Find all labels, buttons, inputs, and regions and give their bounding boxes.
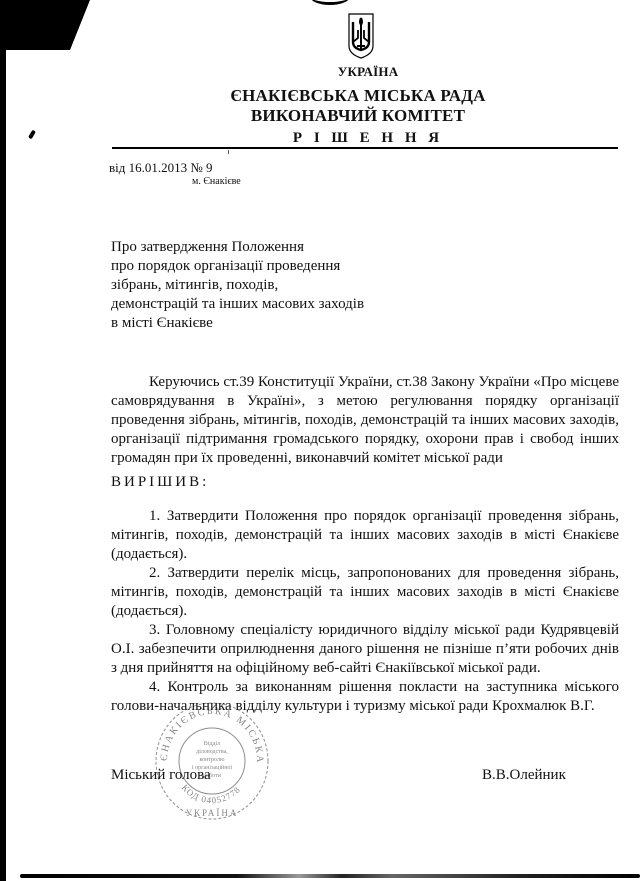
title-line: Про затвердження Положення [111,238,364,257]
resolution-item: 3. Головному спеціалісту юридичного відд… [111,621,619,678]
council-heading: ЄНАКІЄВСЬКА МІСЬКА РАДА [38,86,640,106]
official-stamp-icon: ЄНАКІЄВСЬКА МІСЬКА РАДА ДОНЕЦЬКОЇ ОБЛАСТ… [153,700,271,822]
title-line: про порядок організації проведення [111,257,364,276]
preamble: Керуючись ст.39 Конституції України, ст.… [111,373,619,468]
title-line: демонстрацій та інших масових заходів [111,295,364,314]
scan-artifact-arc [310,0,350,5]
trident-coat-of-arms-icon [347,12,375,60]
signature-position: Міський голова [111,767,211,784]
scan-edge-left [0,0,6,881]
stamp-inner-line: контролю [200,757,225,763]
committee-heading: ВИКОНАВЧИЙ КОМІТЕТ [38,106,640,126]
resolution-item: 1. Затвердити Положення про порядок орга… [111,507,619,564]
stamp-bottom-text: УКРАЇНА [186,808,239,818]
decision-title: Про затвердження Положення про порядок о… [111,238,364,333]
decision-city: м. Єнакієве [192,176,241,187]
resolved-heading: ВИРІШИВ: [111,474,209,491]
scan-edge-bottom [20,874,640,878]
scan-artifact-tick [228,150,229,154]
decision-date-number: від 16.01.2013 № 9 [109,160,213,176]
header-divider [112,147,618,149]
scan-artifact-mark [28,130,36,140]
resolution-item: 2. Затвердити перелік місць, запропонова… [111,564,619,621]
document-type-heading: Р І Ш Е Н Н Я [48,130,640,147]
country-heading: УКРАЇНА [48,64,640,80]
stamp-inner-line: Відділ [204,741,220,747]
title-line: в місті Єнакієве [111,314,364,333]
signature-name: В.В.Олейник [482,767,566,784]
resolution-items: 1. Затвердити Положення про порядок орга… [111,507,619,716]
scan-corner-top-left [0,0,90,50]
preamble-paragraph: Керуючись ст.39 Конституції України, ст.… [111,373,619,468]
title-line: зібрань, мітингів, походів, [111,276,364,295]
stamp-inner-line: діловодства, [196,749,228,755]
